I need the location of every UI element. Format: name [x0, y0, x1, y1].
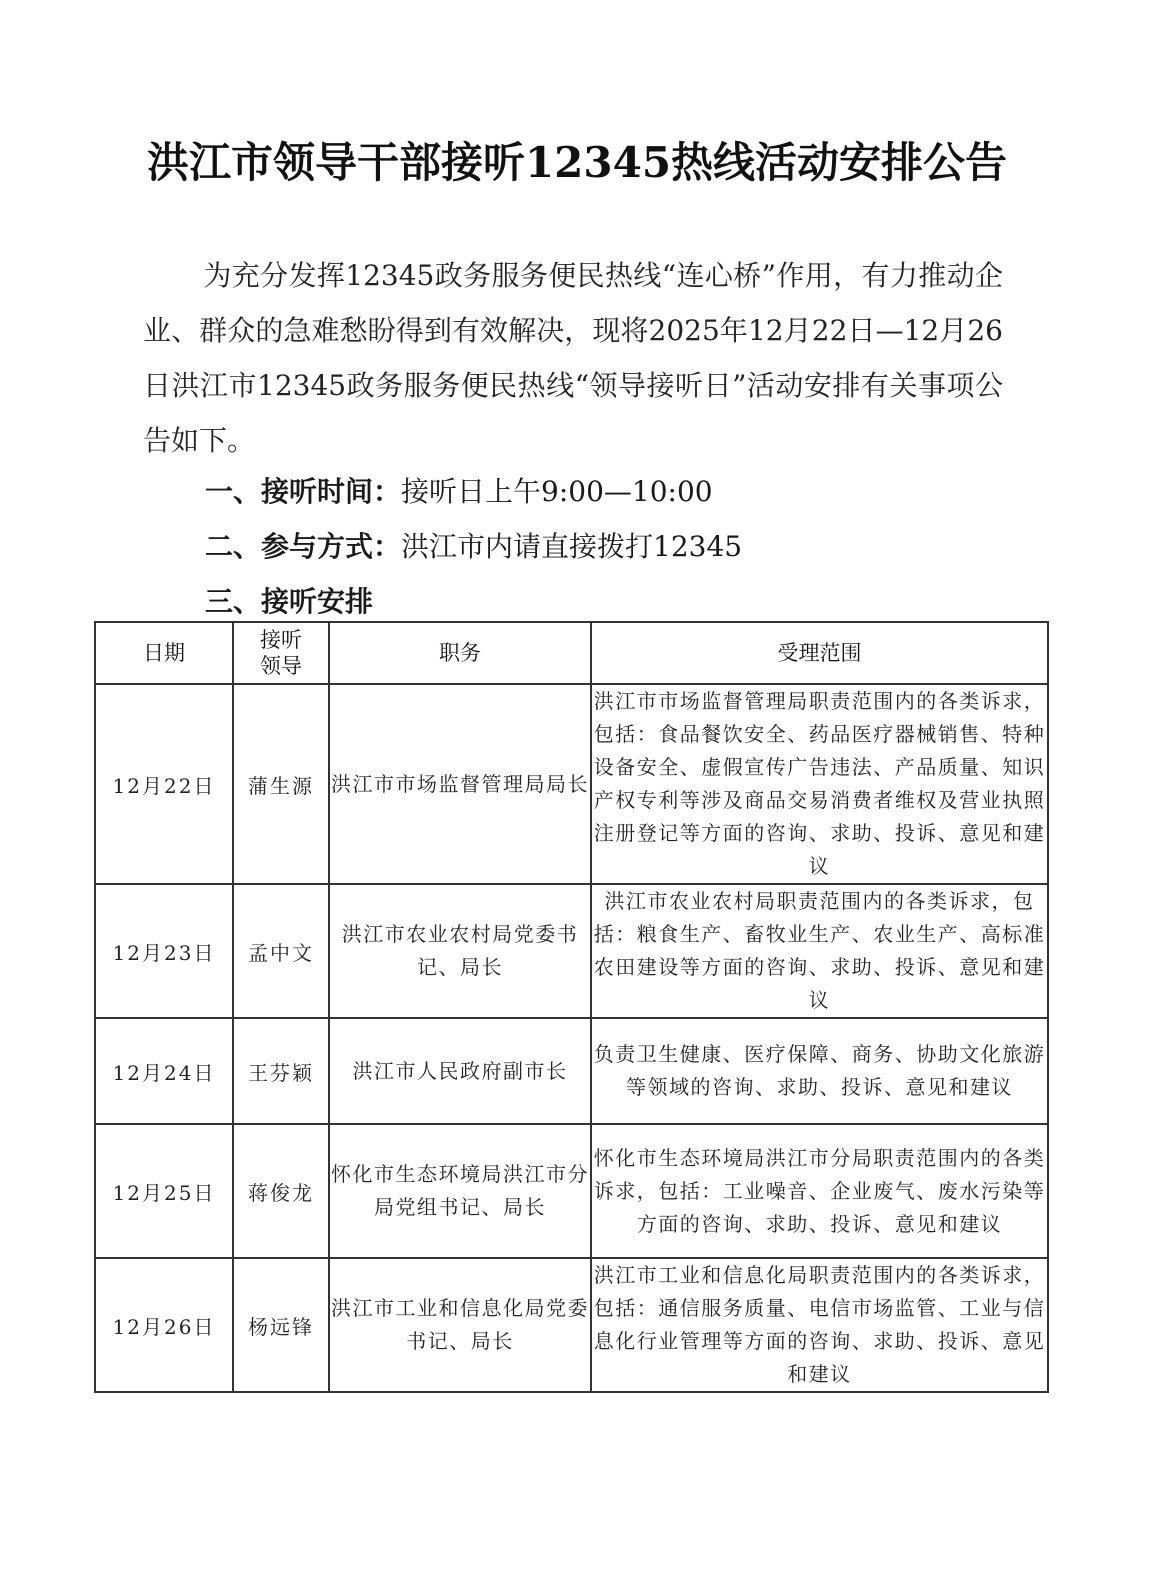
section-heading: 一、接听时间：	[205, 475, 401, 508]
cell-position: 怀化市生态环境局洪江市分局党组书记、局长	[329, 1124, 591, 1258]
table-row: 12月22日 蒲生源 洪江市市场监督管理局局长 洪江市市场监督管理局职责范围内的…	[95, 684, 1048, 884]
cell-leader: 蒲生源	[233, 684, 329, 884]
cell-leader: 蒋俊龙	[233, 1124, 329, 1258]
cell-position: 洪江市农业农村局党委书记、局长	[329, 884, 591, 1018]
cell-date: 12月25日	[95, 1124, 233, 1258]
cell-date: 12月22日	[95, 684, 233, 884]
cell-leader: 孟中文	[233, 884, 329, 1018]
cell-scope: 负责卫生健康、医疗保障、商务、协助文化旅游等领域的咨询、求助、投诉、意见和建议	[591, 1018, 1048, 1124]
cell-scope: 洪江市工业和信息化局职责范围内的各类诉求，包括：通信服务质量、电信市场监管、工业…	[591, 1258, 1048, 1392]
schedule-table: 日期 接听领导 职务 受理范围 12月22日 蒲生源 洪江市市场监督管理局局长 …	[94, 621, 1049, 1393]
section-heading: 三、接听安排	[205, 585, 373, 618]
header-scope: 受理范围	[591, 622, 1048, 684]
cell-leader: 杨远锋	[233, 1258, 329, 1392]
intro-paragraph: 为充分发挥12345政务服务便民热线“连心桥”作用，有力推动企业、群众的急难愁盼…	[143, 248, 1003, 468]
table-row: 12月23日 孟中文 洪江市农业农村局党委书记、局长 洪江市农业农村局职责范围内…	[95, 884, 1048, 1018]
section-heading: 二、参与方式：	[205, 530, 401, 563]
section-listening-time: 一、接听时间：接听日上午9:00—10:00	[205, 472, 713, 512]
table-row: 12月25日 蒋俊龙 怀化市生态环境局洪江市分局党组书记、局长 怀化市生态环境局…	[95, 1124, 1048, 1258]
table-row: 12月24日 王芬颖 洪江市人民政府副市长 负责卫生健康、医疗保障、商务、协助文…	[95, 1018, 1048, 1124]
section-schedule: 三、接听安排	[205, 582, 373, 622]
cell-position: 洪江市工业和信息化局党委书记、局长	[329, 1258, 591, 1392]
section-content: 接听日上午9:00—10:00	[401, 475, 713, 508]
cell-position: 洪江市市场监督管理局局长	[329, 684, 591, 884]
document-title: 洪江市领导干部接听12345热线活动安排公告	[0, 130, 1154, 190]
cell-date: 12月26日	[95, 1258, 233, 1392]
cell-position: 洪江市人民政府副市长	[329, 1018, 591, 1124]
table-header-row: 日期 接听领导 职务 受理范围	[95, 622, 1048, 684]
header-position: 职务	[329, 622, 591, 684]
cell-scope: 洪江市农业农村局职责范围内的各类诉求，包括：粮食生产、畜牧业生产、农业生产、高标…	[591, 884, 1048, 1018]
header-date: 日期	[95, 622, 233, 684]
cell-date: 12月24日	[95, 1018, 233, 1124]
cell-scope: 洪江市市场监督管理局职责范围内的各类诉求，包括：食品餐饮安全、药品医疗器械销售、…	[591, 684, 1048, 884]
header-leader-line-1: 接听	[260, 628, 302, 652]
section-content: 洪江市内请直接拨打12345	[401, 530, 742, 563]
cell-date: 12月23日	[95, 884, 233, 1018]
header-leader-line-2: 领导	[260, 654, 302, 678]
cell-leader: 王芬颖	[233, 1018, 329, 1124]
intro-text: 为充分发挥12345政务服务便民热线“连心桥”作用，有力推动企业、群众的急难愁盼…	[143, 259, 1003, 457]
cell-scope: 怀化市生态环境局洪江市分局职责范围内的各类诉求，包括：工业噪音、企业废气、废水污…	[591, 1124, 1048, 1258]
section-participation: 二、参与方式：洪江市内请直接拨打12345	[205, 527, 742, 567]
header-leader: 接听领导	[233, 622, 329, 684]
table-row: 12月26日 杨远锋 洪江市工业和信息化局党委书记、局长 洪江市工业和信息化局职…	[95, 1258, 1048, 1392]
